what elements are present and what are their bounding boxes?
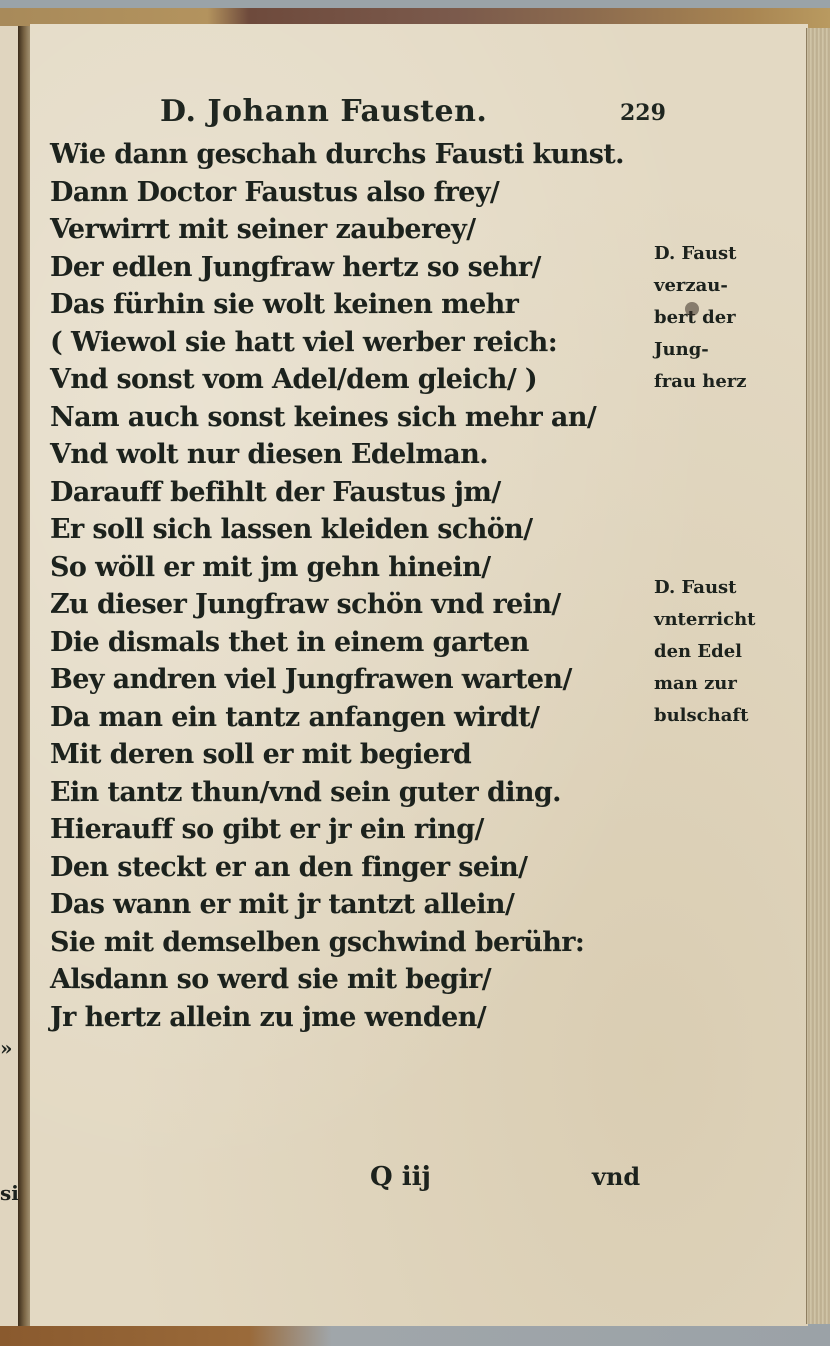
verse-line: Alsdann so werd sie mit begir/ [50, 961, 650, 999]
ink-smudge [685, 302, 699, 316]
page-block-edges [806, 28, 830, 1324]
marginal-line: bert der [654, 302, 784, 334]
verse-line: Nam auch sonst keines sich mehr an/ [50, 399, 650, 437]
background-strip [0, 0, 830, 8]
marginal-line: Jung- [654, 334, 784, 366]
facing-page-fragment: sie [0, 1181, 18, 1205]
verse-line: Hierauff so gibt er jr ein ring/ [50, 811, 650, 849]
verse-line: Ein tantz thun/vnd sein guter ding. [50, 774, 650, 812]
book-cover-bottom [0, 1326, 830, 1346]
verse-line: Zu dieser Jungfraw schön vnd rein/ [50, 586, 650, 624]
page-number: 229 [620, 100, 666, 126]
verse-line: Die dismals thet in einem garten [50, 624, 650, 662]
verse-line: ( Wiewol sie hatt viel werber reich: [50, 324, 650, 362]
page-header: D. Johann Fausten. 229 [30, 94, 808, 134]
verse-line: Darauff befihlt der Faustus jm/ [50, 474, 650, 512]
marginal-line: D. Faust [654, 572, 784, 604]
verse-line: Da man ein tantz anfangen wirdt/ [50, 699, 650, 737]
verse-line: Den steckt er an den finger sein/ [50, 849, 650, 887]
catchword: vnd [592, 1162, 640, 1191]
verse-line: Mit deren soll er mit begierd [50, 736, 650, 774]
facing-page-fragment: » [0, 1036, 18, 1060]
signature-mark: Q iij [370, 1162, 431, 1192]
verse-text-block: Wie dann geschah durchs Fausti kunst. Da… [50, 136, 650, 1036]
marginal-line: verzau- [654, 270, 784, 302]
marginal-line: D. Faust [654, 238, 784, 270]
marginal-note: D. Faust vnterricht den Edel man zur bul… [654, 572, 784, 732]
running-title: D. Johann Fausten. [160, 94, 487, 129]
book-page: D. Johann Fausten. 229 Wie dann geschah … [30, 24, 808, 1326]
verse-line: So wöll er mit jm gehn hinein/ [50, 549, 650, 587]
marginal-line: vnterricht [654, 604, 784, 636]
verse-line: Bey andren viel Jungfrawen warten/ [50, 661, 650, 699]
marginal-line: frau herz [654, 366, 784, 398]
marginal-line: man zur [654, 668, 784, 700]
verse-line: Dann Doctor Faustus also frey/ [50, 174, 650, 212]
verse-line: Sie mit demselben gschwind berühr: [50, 924, 650, 962]
verse-line: Jr hertz allein zu jme wenden/ [50, 999, 650, 1037]
verse-line: Das fürhin sie wolt keinen mehr [50, 286, 650, 324]
verse-line: Der edlen Jungfraw hertz so sehr/ [50, 249, 650, 287]
verse-line: Verwirrt mit seiner zauberey/ [50, 211, 650, 249]
verse-line: Er soll sich lassen kleiden schön/ [50, 511, 650, 549]
marginal-note: D. Faust verzau- bert der Jung- frau her… [654, 238, 784, 398]
facing-page-edge: » sie [0, 26, 20, 1328]
marginal-line: den Edel [654, 636, 784, 668]
marginal-line: bulschaft [654, 700, 784, 732]
verse-line: Das wann er mit jr tantzt allein/ [50, 886, 650, 924]
verse-line: Wie dann geschah durchs Fausti kunst. [50, 136, 650, 174]
verse-line: Vnd sonst vom Adel/dem gleich/ ) [50, 361, 650, 399]
verse-line: Vnd wolt nur diesen Edelman. [50, 436, 650, 474]
